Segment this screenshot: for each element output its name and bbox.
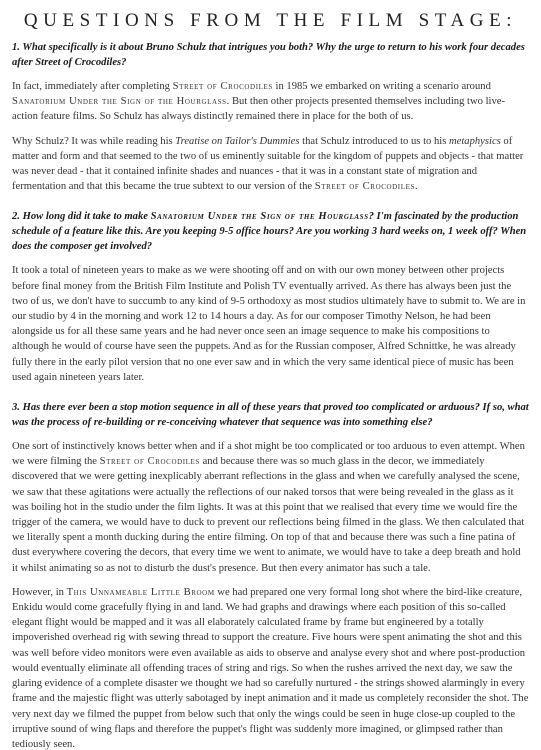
text-run: in 1985 we embarked on writing a scenari… [273,81,491,92]
text-run: Why Schulz? It was while reading his [12,136,175,147]
film-title: Street of Crocodiles [173,81,273,92]
page-title: QUESTIONS FROM THE FILM STAGE: [12,10,529,32]
film-title: Sanatorium Under the Sign of the Hourgla… [12,96,227,107]
text-run: and because there was so much glass in t… [12,456,524,573]
question-1: 1. What specifically is it about Bruno S… [12,40,529,70]
question-section-3: 3. Has there ever been a stop motion seq… [12,400,529,750]
book-title: Treatise on Tailor's Dummies [175,136,299,147]
answer-1-paragraph-1: In fact, immediately after completing St… [12,79,529,125]
question-2: 2. How long did it take to make Sanatori… [12,209,529,254]
text-run: In fact, immediately after completing [12,81,173,92]
answer-3-paragraph-2: However, in This Unnameable Little Broom… [12,585,529,750]
question-3: 3. Has there ever been a stop motion seq… [12,400,529,430]
text-run: that Schulz introduced to us to his [300,136,449,147]
film-title: Street of Crocodiles [100,456,200,467]
answer-2-paragraph-1: It took a total of nineteen years to mak… [12,263,529,385]
text-run: . [415,181,418,192]
film-title: Sanatorium Under the Sign of the Hourgla… [151,211,369,222]
answer-3-paragraph-1: One sort of instinctively knows better w… [12,439,529,576]
text-run: 2. How long did it take to make [12,211,151,222]
question-section-1: 1. What specifically is it about Bruno S… [12,40,529,194]
document-page: QUESTIONS FROM THE FILM STAGE: 1. What s… [0,0,541,750]
question-section-2: 2. How long did it take to make Sanatori… [12,209,529,385]
film-title: This Unnameable Little Broom [67,587,215,598]
answer-1-paragraph-2: Why Schulz? It was while reading his Tre… [12,134,529,195]
text-run: we had prepared one very formal long sho… [12,587,528,750]
film-title: Street of Crocodiles [315,181,415,192]
text-run: However, in [12,587,67,598]
emphasis: metaphysics [449,136,501,147]
